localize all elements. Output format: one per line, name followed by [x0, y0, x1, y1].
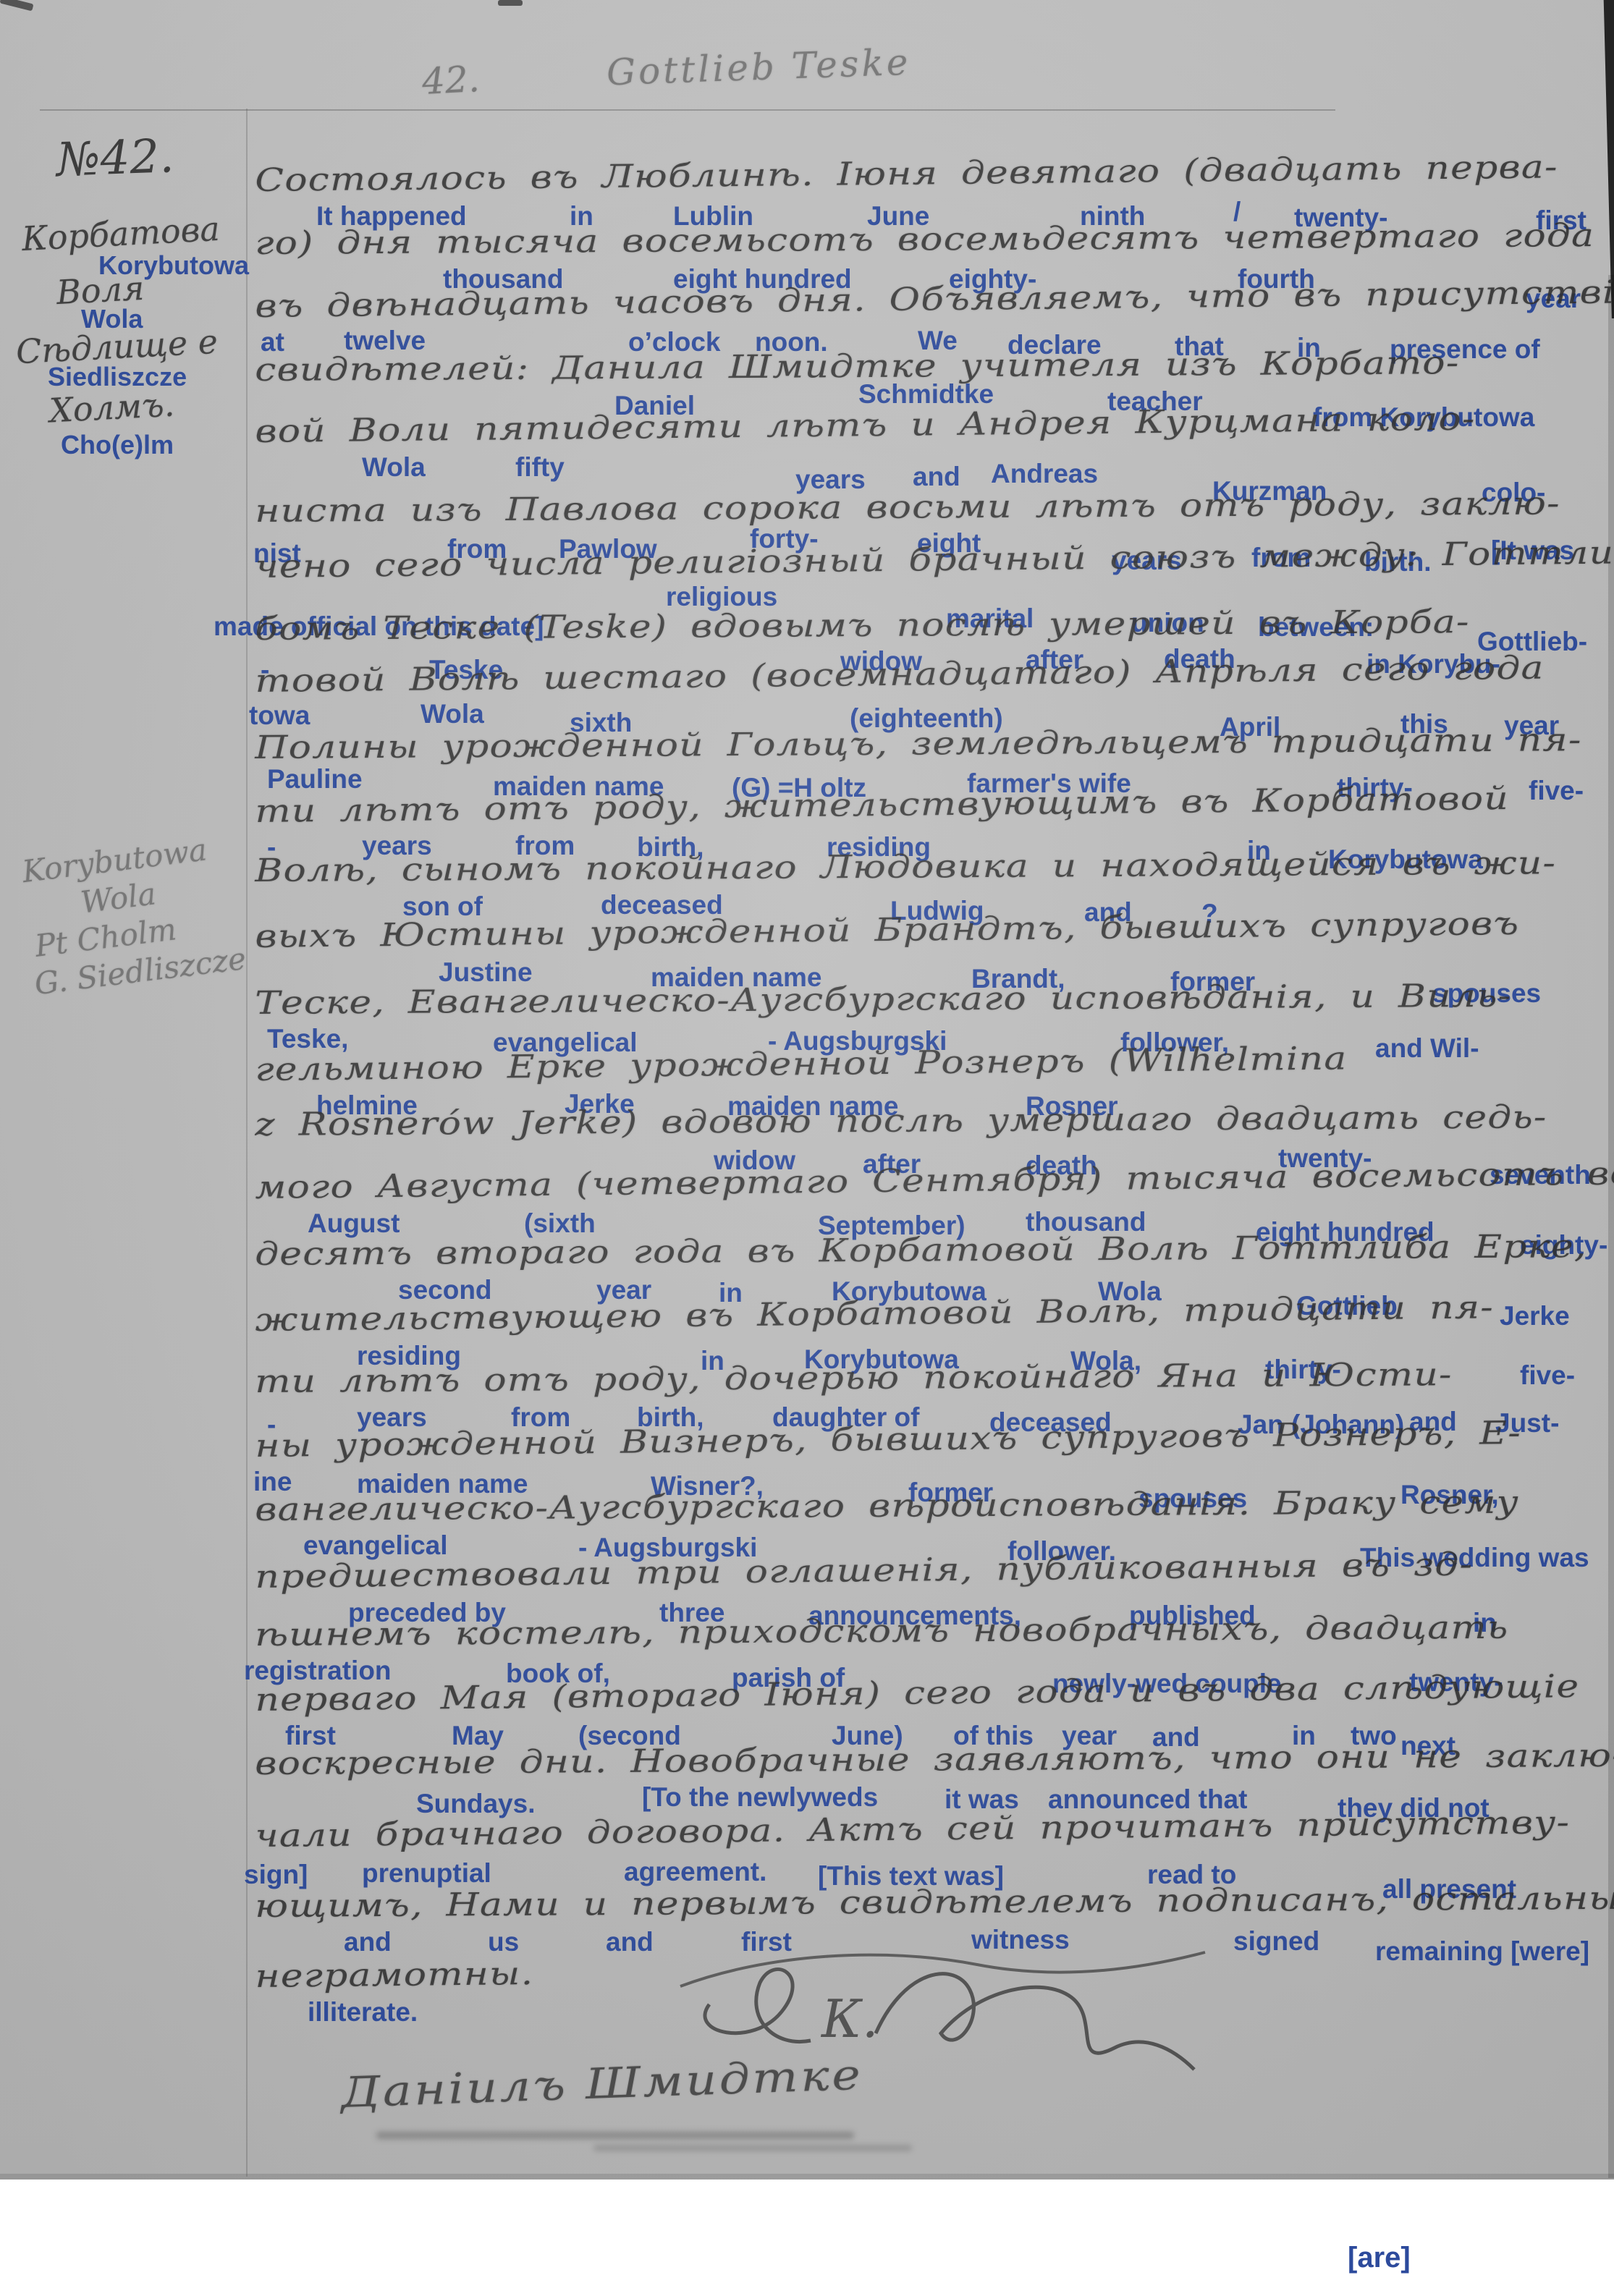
paper-scan: 42. Gottlieb Teske №42. КорбатоваKorybut…: [0, 0, 1614, 2179]
translation-gloss: Pauline: [267, 764, 363, 795]
translation-gloss: and: [606, 1927, 654, 1957]
pencil-header-number: 42.: [421, 58, 481, 103]
translation-gloss: Andreas: [991, 459, 1098, 489]
ink-line: Полины урожденной Гольцъ, земледѣльцемъ …: [255, 721, 1582, 766]
ink-line: ны урожденной Визнеръ, бывшихъ супруговъ…: [255, 1415, 1521, 1465]
signature-smudge: [376, 2132, 854, 2139]
record-number: №42.: [56, 130, 175, 187]
ink-line: Теске, Евангелическо-Аугсбургскаго испов…: [255, 978, 1512, 1022]
translation-gloss: towa: [249, 700, 310, 731]
witness-signature: Даніилъ Шмидтке: [340, 2050, 863, 2117]
corner-ink-mark: [0, 0, 34, 11]
ink-line: гельминою Ерке урожденной Рознеръ (Wilhe…: [255, 1040, 1348, 1088]
translation-gloss: Wola: [421, 699, 484, 729]
scan-edge-shadow-top-right: [1595, 0, 1614, 318]
signature-smudge-2: [593, 2145, 912, 2151]
translation-gloss: prenuptial: [362, 1858, 491, 1889]
ink-line: свидѣтелей: Данила Шмидтке учителя изъ К…: [255, 344, 1460, 389]
translation-gloss: Wola: [362, 452, 426, 483]
translation-gloss: August: [308, 1208, 400, 1239]
scanned-record-page: 42. Gottlieb Teske №42. КорбатоваKorybut…: [0, 0, 1614, 2296]
ink-line: Волѣ, сыномъ покойнаго Людовика и находя…: [255, 844, 1556, 889]
ink-line: ющимъ, Нами и первымъ свидѣтелемъ подпис…: [255, 1880, 1614, 1925]
margin-place-gloss: Cho(e)lm: [61, 430, 174, 460]
translation-gloss: agreement.: [624, 1857, 766, 1887]
translation-gloss: us: [488, 1927, 519, 1957]
pencil-rule-line: [40, 109, 1335, 111]
priest-signature-initial: К.: [820, 1988, 879, 2049]
ink-line: вангелическо-Аугсбургскаго вѣроисповѣдан…: [255, 1484, 1519, 1528]
ink-line: мого Августа (четвертаго Сентября) тысяч…: [255, 1154, 1614, 1206]
ink-line: Состоялось въ Люблинѣ. Іюня девятаго (дв…: [255, 148, 1558, 199]
ink-line: воскресные дни. Новобрачные заявляютъ, ч…: [255, 1737, 1614, 1782]
ink-line: десятъ втораго года въ Корбатовой Волѣ Г…: [255, 1228, 1587, 1273]
ink-line: ѣшнемъ костелѣ, приходскомъ новобрачныхъ…: [255, 1609, 1508, 1653]
ink-line: го) дня тысяча восемьсотъ восемьдесятъ ч…: [255, 217, 1594, 262]
top-edge-ink-mark: [498, 0, 523, 6]
ink-line: ниста изъ Павлова сорока восьми лѣтъ отъ…: [255, 485, 1560, 530]
ink-line: z Rosnerów Jerke) вдовою послѣ умершаго …: [255, 1098, 1547, 1143]
ink-line: бомъ Теске (Teske) вдовымъ послѣ умершей…: [255, 603, 1470, 648]
paper-bottom-edge: [0, 2174, 1614, 2179]
pencil-header-name: Gottlieb Teske: [606, 41, 911, 94]
translation-gloss: Jerke: [1500, 1301, 1570, 1331]
translation-gloss: and Wil-: [1375, 1033, 1479, 1064]
translation-gloss: illiterate.: [308, 1997, 418, 2028]
translation-gloss: fifty: [515, 452, 565, 483]
ink-line: вой Воли пятидесяти лѣтъ и Андрея Курцма…: [255, 401, 1476, 450]
ink-line: неграмотны.: [255, 1955, 534, 1995]
translation-gloss: signed: [1233, 1926, 1319, 1957]
translation-gloss: Schmidtke: [858, 379, 994, 410]
margin-pencil-notes: KorybutowaWolaPt CholmG. Siedliszcze: [6, 829, 235, 1004]
translation-gloss: and: [344, 1927, 392, 1957]
ink-line: перваго Мая (втораго Іюня) сего года и в…: [255, 1668, 1580, 1719]
translation-gloss: remaining [were]: [1375, 1936, 1589, 1967]
translation-gloss: five-: [1529, 776, 1584, 806]
ink-line: ти лѣтъ отъ роду, дочерью покойнаго Яна …: [255, 1356, 1453, 1400]
ink-line: ти лѣтъ отъ роду, жительствующимъ въ Кор…: [255, 780, 1509, 830]
are-annotation: [are]: [1348, 2242, 1411, 2274]
translation-gloss: five-: [1520, 1360, 1575, 1391]
translation-gloss: and: [913, 462, 960, 492]
translation-gloss: Teske,: [267, 1024, 348, 1054]
translation-gloss: [To the newlyweds: [642, 1782, 878, 1813]
margin-ink-place: Холмъ.: [48, 385, 176, 431]
translation-gloss: sign]: [244, 1860, 308, 1890]
